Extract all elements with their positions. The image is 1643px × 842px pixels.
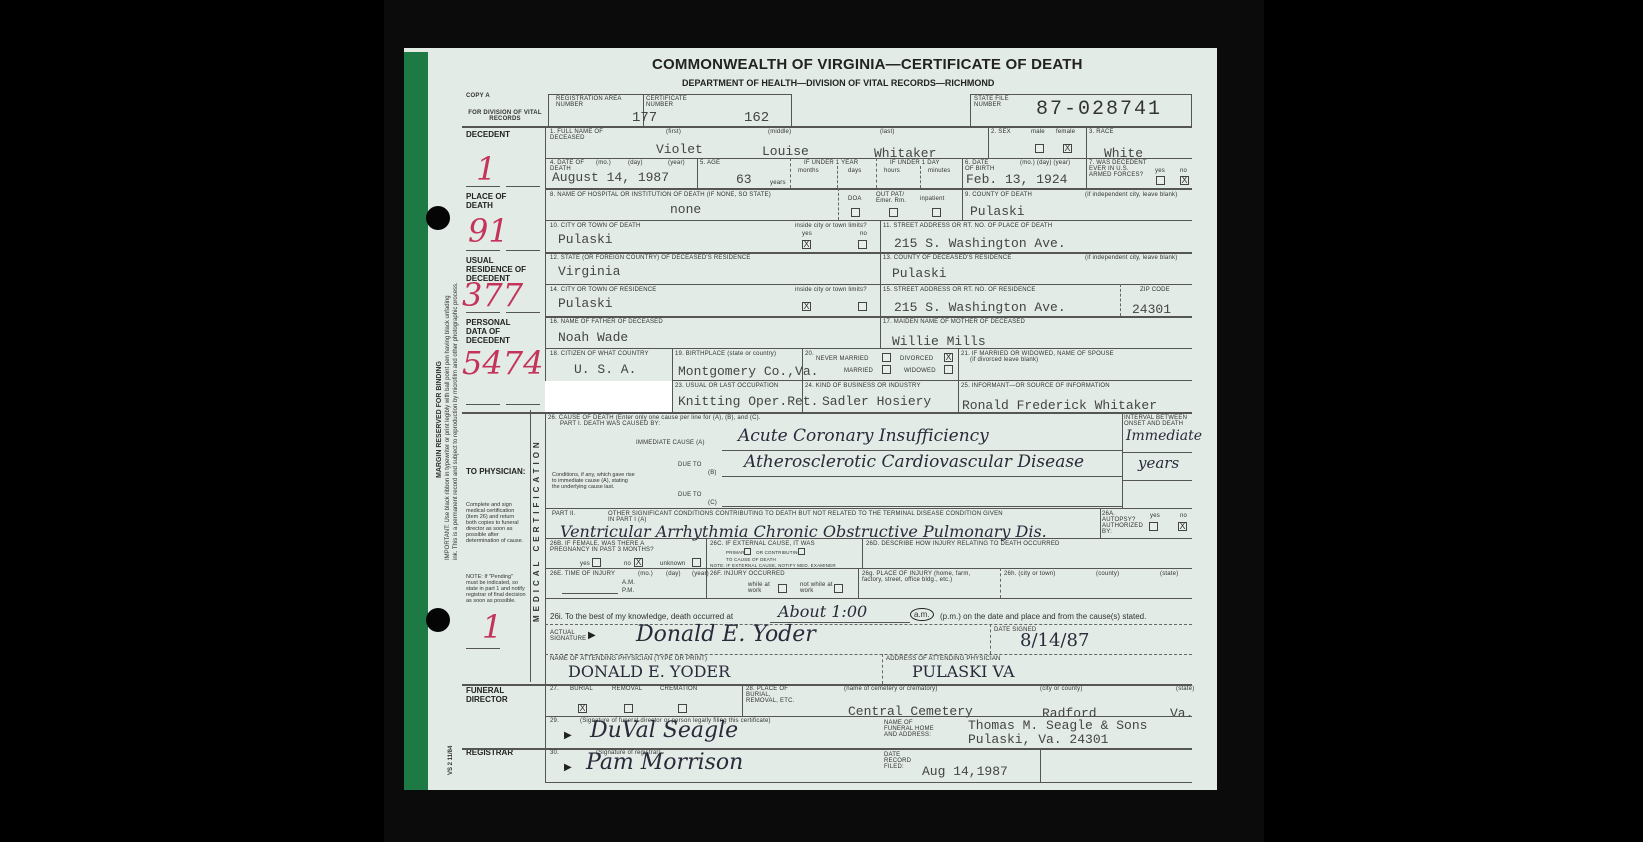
- section-decedent: DECEDENT: [466, 130, 510, 139]
- zip-label: ZIP CODE: [1140, 287, 1170, 293]
- age-value: 63: [736, 172, 752, 187]
- funeral-sig-num: 29.: [550, 718, 559, 724]
- residence-street: 215 S. Washington Ave.: [894, 300, 1066, 315]
- years-label: years: [770, 180, 786, 186]
- death-city-label: 10. CITY OR TOWN OF DEATH: [550, 223, 641, 229]
- funeral-sig-arrow-icon: ▶: [564, 730, 572, 741]
- date-of-death: August 14, 1987: [552, 170, 669, 185]
- injury-state-label: (state): [1160, 571, 1178, 577]
- section-to-physician: TO PHYSICIAN:: [466, 467, 526, 476]
- not-while-work-label: not while at work: [800, 582, 834, 594]
- cremation-checkbox[interactable]: [678, 704, 687, 713]
- divorced-label: DIVORCED: [900, 356, 933, 362]
- residence-city-label: 14. CITY OR TOWN OF RESIDENCE: [550, 287, 657, 293]
- contributing-label: or CONTRIBUTING: [756, 550, 801, 556]
- due-to-c-label: DUE TO: [678, 492, 702, 498]
- interval-label: INTERVAL BETWEEN ONSET AND DEATH: [1124, 415, 1192, 427]
- removal-label: REMOVAL: [612, 686, 642, 692]
- marital-num: 20.: [805, 351, 814, 357]
- injury-city-label: 26h. (city or town): [1004, 571, 1055, 577]
- dob-cols-label: (mo.) (day) (year): [1020, 160, 1070, 166]
- autopsy-yes-checkbox[interactable]: [1149, 522, 1158, 531]
- injury-occurred-label: 26f. INJURY OCCURRED: [710, 571, 785, 577]
- death-county-note: (if independent city, leave blank): [1085, 192, 1177, 198]
- while-work-label: while at work: [748, 582, 774, 594]
- registrar-sig-arrow-icon: ▶: [564, 762, 572, 773]
- father-name: Noah Wade: [558, 330, 628, 345]
- cemetery-state: Va.: [1170, 706, 1193, 721]
- actual-signature-label: ACTUAL SIGNATURE: [550, 630, 584, 642]
- birthplace-label: 19. BIRTHPLACE (state or country): [675, 351, 776, 357]
- months-label: months: [798, 168, 819, 174]
- death-county-label: 9. COUNTY OF DEATH: [965, 192, 1032, 198]
- c-label: (C): [708, 500, 717, 506]
- first-name: Violet: [656, 142, 703, 157]
- autopsy-yes-label: yes: [1150, 513, 1160, 519]
- armed-yes-label: yes: [1155, 168, 1165, 174]
- cemetery-state-label: (state): [1176, 686, 1194, 692]
- section-funeral-director: FUNERAL DIRECTOR: [466, 686, 526, 704]
- section-place-of-death: PLACE OF DEATH: [466, 192, 526, 210]
- sex-female-checkbox[interactable]: X: [1063, 144, 1072, 153]
- date-of-birth: Feb. 13, 1924: [966, 172, 1067, 187]
- contributing-checkbox[interactable]: [798, 548, 805, 555]
- external-cause-label: 26c. IF EXTERNAL CAUSE, IT WAS: [710, 541, 815, 547]
- dod-year-label: (year): [668, 160, 685, 166]
- minutes-label: minutes: [928, 168, 950, 174]
- part1-label: PART I. DEATH WAS CAUSED BY:: [560, 421, 660, 427]
- autopsy-label: 26a. AUTOPSY? AUTHORIZED BY:: [1102, 511, 1148, 535]
- occupation-label: 23. USUAL OR LAST OCCUPATION: [675, 383, 778, 389]
- pending-note: NOTE: If "Pending" must be indicated, so…: [466, 574, 526, 604]
- copy-label: COPY A: [466, 93, 490, 99]
- hospital-label: 8. NAME OF HOSPITAL OR INSTITUTION OF DE…: [550, 192, 771, 198]
- residence-limits-no-checkbox[interactable]: [858, 302, 867, 311]
- primary-checkbox[interactable]: [744, 548, 751, 555]
- never-married-label: NEVER MARRIED: [816, 356, 869, 362]
- important-instruction: IMPORTANT: Use black ribbon in typewrite…: [445, 295, 451, 560]
- funeral-director-signature: DuVal Seagle: [590, 718, 738, 743]
- under-1-year-label: IF UNDER 1 YEAR: [804, 160, 858, 166]
- death-limits-no-label: no: [860, 231, 867, 237]
- male-label: male: [1031, 129, 1045, 135]
- first-label: (first): [666, 129, 681, 135]
- not-while-work-checkbox[interactable]: [834, 584, 843, 593]
- residence-city: Pulaski: [558, 296, 613, 311]
- death-limits-no-checkbox[interactable]: [858, 240, 867, 249]
- autopsy-no-label: no: [1180, 513, 1187, 519]
- part2-label: PART II.: [552, 511, 576, 517]
- last-label: (last): [880, 129, 895, 135]
- b-label: (B): [708, 470, 717, 476]
- doa-checkbox[interactable]: [851, 208, 860, 217]
- armed-yes-checkbox[interactable]: [1156, 176, 1165, 185]
- death-limits-yes-checkbox[interactable]: X: [802, 240, 811, 249]
- married-checkbox[interactable]: [882, 365, 891, 374]
- certificate-number: 162: [744, 110, 769, 126]
- physician-name: DONALD E. YODER: [568, 662, 730, 681]
- removal-checkbox[interactable]: [624, 704, 633, 713]
- residence-limits-label: inside city or town limits?: [795, 287, 867, 293]
- injury-county-label: (county): [1096, 571, 1119, 577]
- margin-code-residence: 377: [462, 276, 523, 314]
- hours-label: hours: [884, 168, 900, 174]
- death-county: Pulaski: [970, 204, 1025, 219]
- form-code: VS 2 11/84: [448, 746, 454, 775]
- punch-hole-bottom: [426, 608, 450, 632]
- residence-state: Virginia: [558, 264, 620, 279]
- injury-mo-label: (mo.): [638, 571, 653, 577]
- mother-name: Willie Mills: [892, 334, 986, 349]
- injury-am-label: A.M.: [622, 580, 635, 586]
- physician-signature: Donald E. Yoder: [636, 622, 816, 647]
- residence-county: Pulaski: [892, 266, 947, 281]
- disposition-num: 27.: [550, 686, 559, 692]
- informant-value: Ronald Frederick Whitaker: [962, 398, 1157, 413]
- burial-place-label: 28. PLACE OF BURIAL, REMOVAL, ETC.: [746, 686, 796, 704]
- dob-label: 6. DATE OF BIRTH: [965, 160, 997, 172]
- autopsy-no-checkbox[interactable]: X: [1178, 522, 1187, 531]
- pregnancy-no-checkbox[interactable]: X: [634, 558, 643, 567]
- injury-place-label: 26g. PLACE OF INJURY (home, farm, factor…: [862, 571, 980, 583]
- while-work-checkbox[interactable]: [778, 584, 787, 593]
- sex-male-checkbox[interactable]: [1035, 144, 1044, 153]
- pregnancy-unknown-label: unknown: [660, 561, 685, 567]
- immediate-cause-label: IMMEDIATE CAUSE (A): [636, 440, 705, 446]
- age-label: 5. AGE: [700, 160, 720, 166]
- binding-margin-text: MARGIN RESERVED FOR BINDING: [436, 361, 443, 478]
- armed-no-checkbox[interactable]: X: [1180, 176, 1189, 185]
- residence-county-label: 13. COUNTY OF DECEASED'S RESIDENCE: [883, 255, 1012, 261]
- dod-mo-label: (mo.): [596, 160, 611, 166]
- margin-code-place: 91: [468, 212, 509, 250]
- occupation-value: Knitting Oper.Ret.: [678, 394, 818, 409]
- race-label: 3. RACE: [1089, 129, 1114, 135]
- binding-margin-band: [404, 52, 428, 790]
- burial-label: BURIAL: [570, 686, 593, 692]
- injury-desc-label: 26d. DESCRIBE HOW INJURY RELATING TO DEA…: [866, 541, 1060, 547]
- pregnancy-yes-label: yes: [580, 561, 590, 567]
- cemetery-name-label: (name of cemetery or crematory): [844, 686, 938, 692]
- margin-code-personal: 5474: [462, 344, 543, 382]
- inpatient-checkbox[interactable]: [932, 208, 941, 217]
- funeral-home-address: Pulaski, Va. 24301: [968, 732, 1108, 747]
- mother-label: 17. MAIDEN NAME OF MOTHER OF DECEASED: [883, 319, 1025, 325]
- cause-b: Atherosclerotic Cardiovascular Disease: [744, 452, 1084, 472]
- pregnancy-unknown-checkbox[interactable]: [692, 558, 701, 567]
- death-time: About 1:00: [778, 602, 867, 621]
- outpatient-checkbox[interactable]: [889, 208, 898, 217]
- residence-street-label: 15. STREET ADDRESS OR RT. NO. OF RESIDEN…: [883, 287, 1036, 293]
- state-file-label: STATE FILE NUMBER: [974, 96, 1014, 108]
- funeral-home-name: Thomas M. Seagle & Sons: [968, 718, 1147, 733]
- physician-instructions: Complete and sign medical certification …: [466, 502, 526, 544]
- sex-label: 2. SEX: [991, 129, 1011, 135]
- for-division-label: FOR DIVISION OF VITAL RECORDS: [466, 110, 544, 122]
- signature-arrow-icon: ▶: [588, 630, 596, 641]
- section-personal-data: PERSONAL DATA OF DECEDENT: [466, 318, 526, 345]
- citizen-value: U. S. A.: [574, 362, 636, 377]
- residence-county-note: (if independent city, leave blank): [1085, 255, 1177, 261]
- middle-name: Louise: [762, 144, 809, 159]
- middle-label: (middle): [768, 129, 791, 135]
- punch-hole-top: [426, 206, 450, 230]
- never-married-checkbox[interactable]: [882, 353, 891, 362]
- injury-time-label: 26e. TIME OF INJURY: [550, 571, 615, 577]
- married-label: MARRIED: [844, 368, 873, 374]
- death-city: Pulaski: [558, 232, 613, 247]
- citizen-label: 18. CITIZEN OF WHAT COUNTRY: [550, 351, 649, 357]
- immediate-cause: Acute Coronary Insufficiency: [738, 426, 989, 446]
- birthplace-value: Montgomery Co.,Va.: [678, 364, 818, 379]
- under-1-day-label: IF UNDER 1 DAY: [890, 160, 940, 166]
- inpatient-label: inpatient: [920, 196, 945, 202]
- immediate-interval: Immediate: [1126, 428, 1202, 444]
- armed-forces-label: 7. WAS DECEDENT EVER IN U.S. ARMED FORCE…: [1089, 160, 1149, 178]
- date-filed: Aug 14,1987: [922, 764, 1008, 779]
- spouse-note: (if divorced leave blank): [970, 357, 1038, 363]
- death-street-label: 11. STREET ADDRESS OR RT. NO. OF PLACE O…: [883, 223, 1052, 229]
- registrar-signature: Pam Morrison: [586, 750, 743, 775]
- dod-day-label: (day): [628, 160, 643, 166]
- redacted-area: [545, 381, 672, 412]
- registrar-num: 30.: [550, 750, 559, 756]
- certificate-title: COMMONWEALTH OF VIRGINIA—CERTIFICATE OF …: [652, 56, 1083, 73]
- registration-area-label: REGISTRATION AREA NUMBER: [556, 96, 626, 108]
- knowledge-suffix: (p.m.) on the date and place and from th…: [940, 612, 1146, 621]
- important-instruction-2: ink. This is a permanent record and subj…: [453, 282, 459, 560]
- residence-state-label: 12. STATE (OR FOREIGN COUNTRY) OF DECEAS…: [550, 255, 751, 261]
- hospital-value: none: [670, 202, 701, 217]
- margin-code-decedent: 1: [476, 150, 496, 188]
- armed-no-label: no: [1180, 168, 1187, 174]
- outpatient-label: OUT PAT/ Emer. Rm.: [876, 192, 910, 204]
- medical-certification-label: MEDICAL CERTIFICATION: [532, 438, 541, 622]
- knowledge-statement: 26i. To the best of my knowledge, death …: [550, 612, 733, 621]
- widowed-checkbox[interactable]: [944, 365, 953, 374]
- am-circled: a.m.: [910, 608, 934, 621]
- death-limits-yes-label: yes: [802, 231, 812, 237]
- burial-checkbox[interactable]: X: [578, 704, 587, 713]
- divorced-checkbox[interactable]: X: [944, 353, 953, 362]
- conditions-note: Conditions, if any, which gave rise to i…: [552, 472, 636, 490]
- death-limits-label: inside city or town limits?: [795, 223, 867, 229]
- funeral-home-label: NAME OF FUNERAL HOME AND ADDRESS:: [884, 720, 940, 738]
- full-name-label: 1. FULL NAME OF DECEASED: [550, 129, 610, 141]
- date-signed: 8/14/87: [1020, 630, 1089, 651]
- pregnancy-no-label: no: [624, 561, 631, 567]
- pregnancy-yes-checkbox[interactable]: [592, 558, 601, 567]
- certificate-subtitle: DEPARTMENT OF HEALTH—DIVISION OF VITAL R…: [682, 78, 994, 88]
- state-file-number: 87-028741: [1036, 98, 1162, 121]
- residence-limits-yes-checkbox[interactable]: X: [802, 302, 811, 311]
- female-label: female: [1056, 129, 1075, 135]
- industry-label: 24. KIND OF BUSINESS OR INDUSTRY: [805, 383, 921, 389]
- pregnancy-label: 26b. IF FEMALE, WAS THERE A PREGNANCY IN…: [550, 541, 680, 553]
- registration-area-number: 177: [632, 110, 657, 126]
- injury-day-label: (day): [666, 571, 681, 577]
- cemetery-city-label: (city or county): [1040, 686, 1083, 692]
- death-street: 215 S. Washington Ave.: [894, 236, 1066, 251]
- informant-label: 25. INFORMANT—OR SOURCE OF INFORMATION: [961, 383, 1110, 389]
- physician-address: PULASKI VA: [912, 662, 1015, 681]
- due-to-b-label: DUE TO: [678, 462, 702, 468]
- days-label: days: [848, 168, 861, 174]
- industry-value: Sadler Hosiery: [822, 394, 931, 409]
- injury-pm-label: P.M.: [622, 588, 634, 594]
- cause-b-interval: years: [1138, 454, 1179, 472]
- widowed-label: WIDOWED: [904, 368, 936, 374]
- residence-zip: 24301: [1132, 302, 1171, 317]
- margin-code-medical: 1: [482, 608, 502, 646]
- cremation-label: CREMATION: [660, 686, 697, 692]
- doa-label: DOA: [848, 196, 862, 202]
- father-label: 16. NAME OF FATHER OF DECEASED: [550, 319, 663, 325]
- certificate-number-label: CERTIFICATE NUMBER: [646, 96, 706, 108]
